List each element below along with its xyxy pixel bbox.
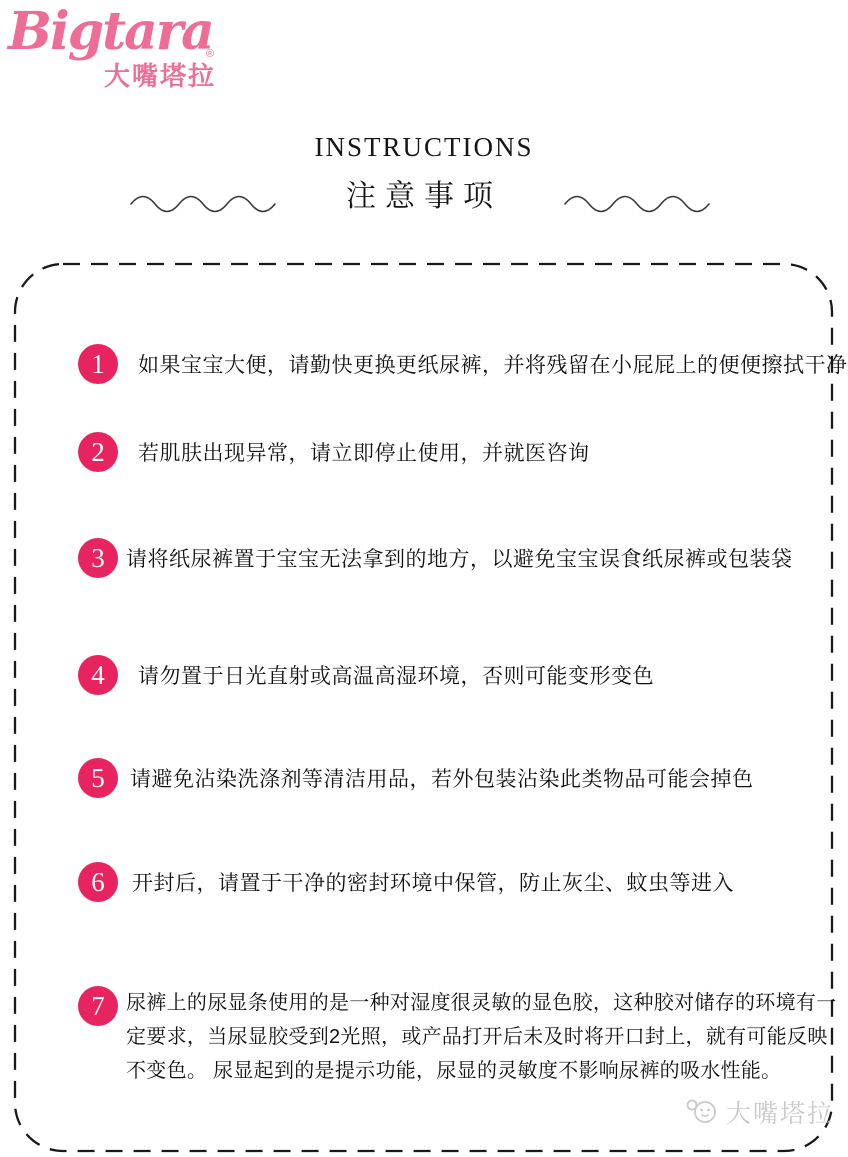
instruction-text: 尿裤上的尿显条使用的是一种对湿度很灵敏的显色胶，这种胶对储存的环境有一定要求，当… bbox=[126, 986, 840, 1088]
step-number-badge: 1 bbox=[78, 344, 118, 384]
instruction-text: 若肌肤出现异常，请立即停止使用，并就医咨询 bbox=[138, 437, 590, 467]
instruction-item: 5 请避免沾染洗涤剂等清洁用品，若外包装沾染此类物品可能会掉色 bbox=[78, 758, 754, 798]
instruction-item: 6 开封后，请置于干净的密封环境中保管，防止灰尘、蚊虫等进入 bbox=[78, 862, 734, 902]
instruction-item: 1 如果宝宝大便，请勤快更换更纸尿裤，并将残留在小屁屁上的便便擦拭干净 bbox=[78, 344, 848, 384]
watermark-label: 大嘴塔拉 bbox=[726, 1094, 834, 1130]
wavy-line-left-icon bbox=[128, 186, 280, 218]
instruction-text: 请避免沾染洗涤剂等清洁用品，若外包装沾染此类物品可能会掉色 bbox=[130, 763, 754, 793]
mascot-face-icon bbox=[686, 1096, 720, 1128]
instruction-item: 3 请将纸尿裤置于宝宝无法拿到的地方，以避免宝宝误食纸尿裤或包装袋 bbox=[78, 538, 793, 578]
brand-logo-wordmark: Bigtara bbox=[8, 4, 238, 60]
instruction-text: 请将纸尿裤置于宝宝无法拿到的地方，以避免宝宝误食纸尿裤或包装袋 bbox=[126, 543, 793, 573]
step-number-badge: 2 bbox=[78, 432, 118, 472]
wavy-line-right-icon bbox=[562, 186, 714, 218]
brand-logo: Bigtara ® 大嘴塔拉 bbox=[8, 4, 238, 93]
instruction-text: 开封后，请置于干净的密封环境中保管，防止灰尘、蚊虫等进入 bbox=[132, 867, 734, 897]
step-number-badge: 6 bbox=[78, 862, 118, 902]
instruction-item: 2 若肌肤出现异常，请立即停止使用，并就医咨询 bbox=[78, 432, 590, 472]
registered-trademark-symbol: ® bbox=[206, 48, 214, 60]
watermark: 大嘴塔拉 bbox=[686, 1094, 834, 1130]
page-title-en: INSTRUCTIONS bbox=[0, 132, 848, 163]
step-number-badge: 4 bbox=[78, 655, 118, 695]
instruction-text: 请勿置于日光直射或高温高湿环境，否则可能变形变色 bbox=[138, 660, 654, 690]
step-number-badge: 7 bbox=[78, 986, 118, 1026]
instruction-text: 如果宝宝大便，请勤快更换更纸尿裤，并将残留在小屁屁上的便便擦拭干净 bbox=[138, 349, 848, 379]
brand-logo-chinese: 大嘴塔拉 bbox=[104, 56, 238, 93]
step-number-badge: 3 bbox=[78, 538, 118, 578]
step-number-badge: 5 bbox=[78, 758, 118, 798]
instruction-item: 7 尿裤上的尿显条使用的是一种对湿度很灵敏的显色胶，这种胶对储存的环境有一定要求… bbox=[78, 986, 840, 1088]
instruction-item: 4 请勿置于日光直射或高温高湿环境，否则可能变形变色 bbox=[78, 655, 654, 695]
